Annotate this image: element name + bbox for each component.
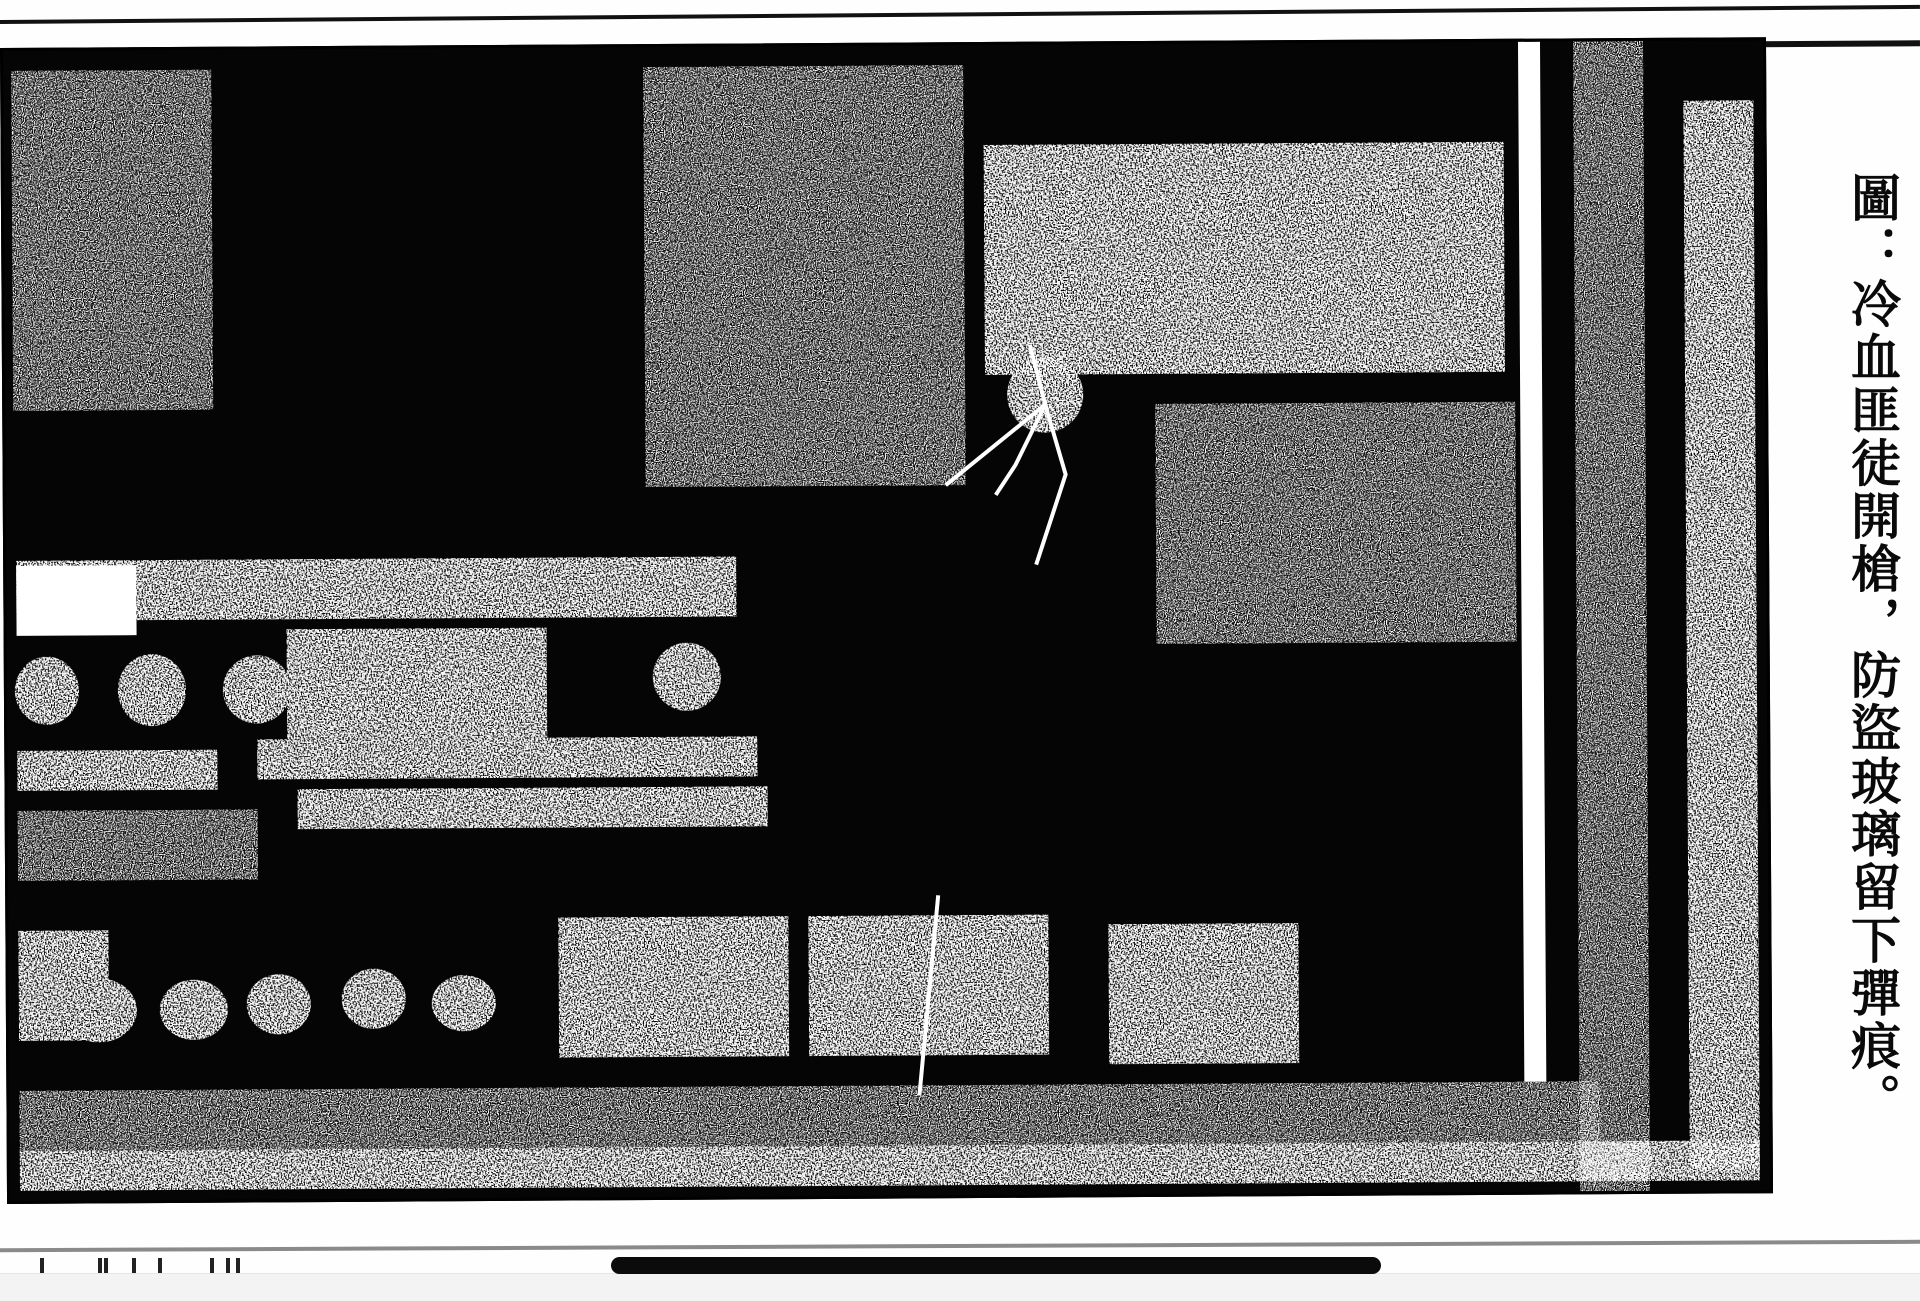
photo-halftone <box>3 40 1770 1201</box>
news-photo <box>0 37 1773 1204</box>
system-bottom-strip <box>0 1273 1920 1301</box>
home-indicator-bar[interactable] <box>611 1257 1381 1274</box>
newspaper-page: 圖：冷血匪徒開槍，防盜玻璃留下彈痕。 <box>0 0 1920 1301</box>
page-top-rule <box>0 5 1920 24</box>
photo-caption: 圖：冷血匪徒開槍，防盜玻璃留下彈痕。 <box>1836 172 1908 1192</box>
next-article-rule <box>0 1240 1920 1252</box>
